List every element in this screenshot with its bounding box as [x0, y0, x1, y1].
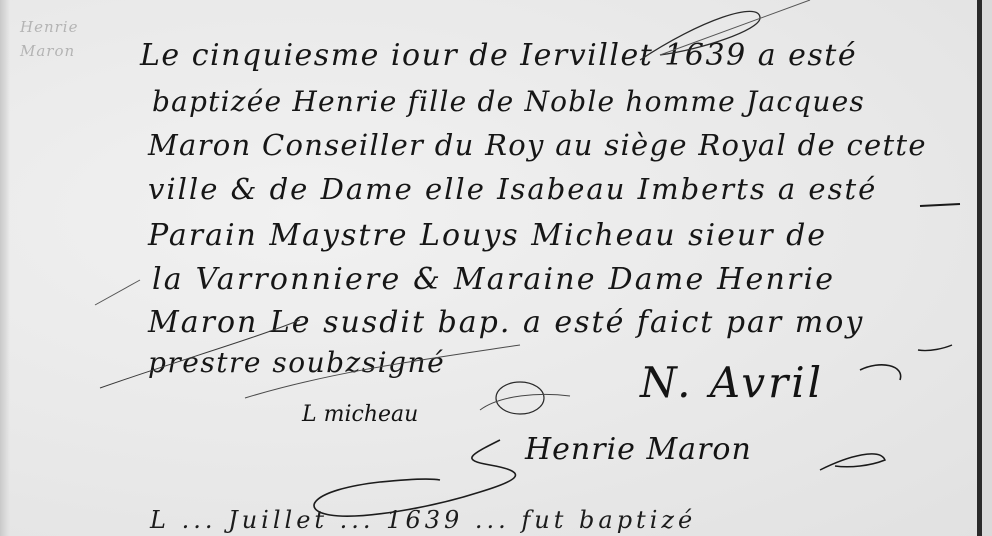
entry-line-5: Parain Maystre Louys Micheau sieur de [148, 218, 827, 253]
entry-line-4: ville & de Dame elle Isabeau Imberts a e… [148, 172, 877, 206]
right-margin-strip [982, 0, 992, 536]
page-binding-edge [0, 0, 10, 536]
entry-line-7: Maron Le susdit bap. a esté faict par mo… [148, 305, 864, 340]
next-entry-fragment: L ... Juillet ... 1639 ... fut baptizé [150, 506, 696, 534]
signature-henrie-maron: Henrie Maron [525, 432, 752, 467]
entry-line-3: Maron Conseiller du Roy au siège Royal d… [148, 128, 927, 162]
entry-line-1: Le cinquiesme iour de Iervillet 1639 a e… [140, 38, 857, 73]
signature-priest: N. Avril [640, 358, 824, 407]
register-page: Henrie Maron Le cinquiesme iour de Iervi… [0, 0, 992, 536]
entry-line-8: prestre soubzsigné [148, 346, 445, 379]
margin-note-name: Henrie [20, 18, 78, 36]
margin-note-surname: Maron [20, 42, 75, 60]
signature-micheau: L micheau [302, 402, 418, 427]
entry-line-2: baptizée Henrie fille de Noble homme Jac… [152, 85, 865, 118]
entry-line-6: la Varronniere & Maraine Dame Henrie [152, 262, 835, 297]
